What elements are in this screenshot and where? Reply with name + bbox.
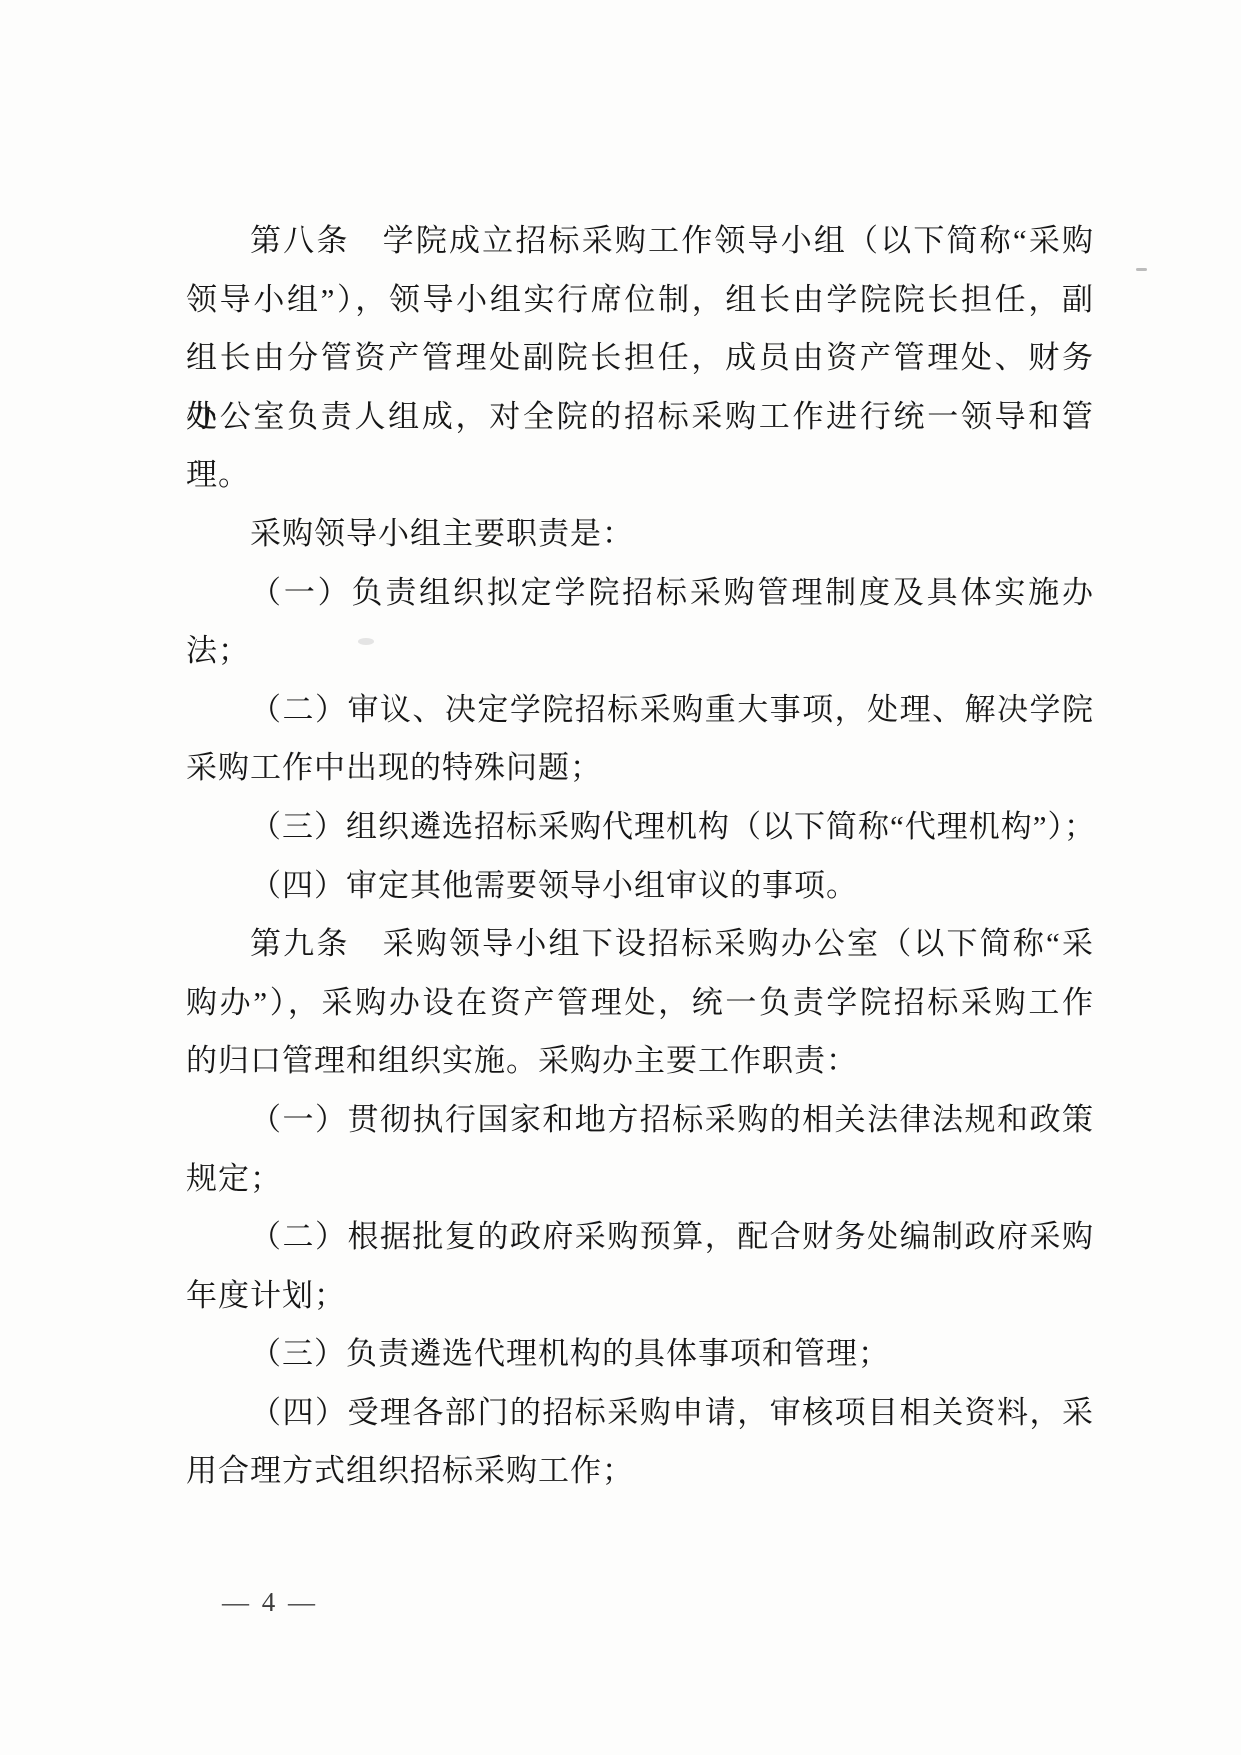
text-line: 用合理方式组织招标采购工作； [186, 1442, 1094, 1501]
text-line: 的归口管理和组织实施。采购办主要工作职责： [186, 1032, 1094, 1091]
text-line: 理。 [186, 446, 1094, 505]
text-line: 第八条 学院成立招标采购工作领导小组（以下简称“采购 [186, 212, 1094, 271]
text-line: 购办”），采购办设在资产管理处，统一负责学院招标采购工作 [186, 974, 1094, 1033]
text-line: （二）根据批复的政府采购预算，配合财务处编制政府采购 [186, 1208, 1094, 1267]
text-line: 第九条 采购领导小组下设招标采购办公室（以下简称“采 [186, 915, 1094, 974]
text-line: 采购工作中出现的特殊问题； [186, 739, 1094, 798]
text-line: 组长由分管资产管理处副院长担任，成员由资产管理处、财务处、 [186, 329, 1094, 388]
text-line: （三）组织遴选招标采购代理机构（以下简称“代理机构”）； [186, 798, 1094, 857]
text-line: （一）负责组织拟定学院招标采购管理制度及具体实施办 [186, 564, 1094, 623]
text-line: 领导小组”），领导小组实行席位制，组长由学院院长担任，副 [186, 271, 1094, 330]
scan-artifact [358, 638, 374, 645]
text-line: 办公室负责人组成，对全院的招标采购工作进行统一领导和管 [186, 388, 1094, 447]
text-line: （一）贯彻执行国家和地方招标采购的相关法律法规和政策 [186, 1091, 1094, 1150]
text-line: 规定； [186, 1150, 1094, 1209]
page-number: — 4 — [200, 1582, 340, 1622]
text-line: （四）审定其他需要领导小组审议的事项。 [186, 857, 1094, 916]
text-line: （四）受理各部门的招标采购申请，审核项目相关资料，采 [186, 1384, 1094, 1443]
text-line: 法； [186, 622, 1094, 681]
scan-artifact [1136, 268, 1147, 271]
text-line: 采购领导小组主要职责是： [186, 505, 1094, 564]
text-line: （二）审议、决定学院招标采购重大事项，处理、解决学院 [186, 681, 1094, 740]
document-page: 第八条 学院成立招标采购工作领导小组（以下简称“采购领导小组”），领导小组实行席… [0, 0, 1241, 1755]
text-line: （三）负责遴选代理机构的具体事项和管理； [186, 1325, 1094, 1384]
document-body: 第八条 学院成立招标采购工作领导小组（以下简称“采购领导小组”），领导小组实行席… [186, 212, 1094, 1501]
text-line: 年度计划； [186, 1267, 1094, 1326]
